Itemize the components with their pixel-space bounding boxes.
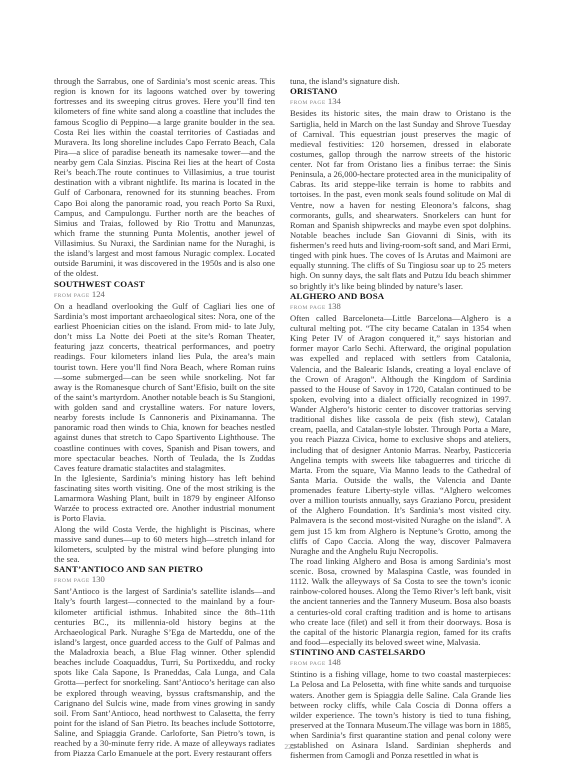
section-southwest-coast: SOUTHWEST COAST FROM PAGE 124 On a headl… bbox=[54, 279, 275, 565]
from-page-number: 124 bbox=[92, 289, 105, 299]
section-alghero-bosa: ALGHERO AND BOSA FROM PAGE 138 Often cal… bbox=[290, 291, 511, 647]
section-title: SANT’ANTIOCO AND SAN PIETRO bbox=[54, 564, 275, 574]
from-page-label: FROM PAGE bbox=[290, 661, 326, 667]
from-page-reference: FROM PAGE 124 bbox=[54, 289, 275, 301]
body-paragraph: Along the wild Costa Verde, the highligh… bbox=[54, 524, 275, 565]
body-paragraph: On a headland overlooking the Gulf of Ca… bbox=[54, 301, 275, 473]
continued-paragraph: tuna, the island’s signature dish. bbox=[290, 76, 511, 86]
from-page-reference: FROM PAGE 134 bbox=[290, 96, 511, 108]
from-page-reference: FROM PAGE 130 bbox=[54, 574, 275, 586]
body-paragraph: Sant’Antioco is the largest of Sardinia’… bbox=[54, 586, 275, 758]
body-paragraph: Stintino is a fishing village, home to t… bbox=[290, 669, 511, 760]
section-title: ALGHERO AND BOSA bbox=[290, 291, 511, 301]
section-stintino-castelsardo: STINTINO AND CASTELSARDO FROM PAGE 148 S… bbox=[290, 647, 511, 760]
continued-paragraph: through the Sarrabus, one of Sardinia’s … bbox=[54, 76, 275, 279]
body-paragraph: The road linking Alghero and Bosa is amo… bbox=[290, 556, 511, 647]
from-page-label: FROM PAGE bbox=[290, 100, 326, 106]
body-paragraph: Often called Barceloneta—Little Barcelon… bbox=[290, 313, 511, 556]
body-paragraph: In the Iglesiente, Sardinia’s mining his… bbox=[54, 473, 275, 524]
from-page-number: 148 bbox=[328, 657, 341, 667]
from-page-reference: FROM PAGE 148 bbox=[290, 657, 511, 669]
page-number: 222 bbox=[270, 742, 310, 751]
section-santantioco-san-pietro: SANT’ANTIOCO AND SAN PIETRO FROM PAGE 13… bbox=[54, 564, 275, 758]
from-page-number: 134 bbox=[328, 96, 341, 106]
from-page-number: 130 bbox=[92, 574, 105, 584]
section-title: SOUTHWEST COAST bbox=[54, 279, 275, 289]
from-page-label: FROM PAGE bbox=[290, 305, 326, 311]
document-page: through the Sarrabus, one of Sardinia’s … bbox=[0, 0, 580, 781]
body-paragraph: Besides its historic sites, the main dra… bbox=[290, 108, 511, 290]
section-title: ORISTANO bbox=[290, 86, 511, 96]
left-column: through the Sarrabus, one of Sardinia’s … bbox=[54, 76, 275, 758]
section-oristano: ORISTANO FROM PAGE 134 Besides its histo… bbox=[290, 86, 511, 291]
from-page-number: 138 bbox=[328, 301, 341, 311]
from-page-reference: FROM PAGE 138 bbox=[290, 301, 511, 313]
from-page-label: FROM PAGE bbox=[54, 293, 90, 299]
right-column: tuna, the island’s signature dish. ORIST… bbox=[290, 76, 511, 760]
from-page-label: FROM PAGE bbox=[54, 578, 90, 584]
section-title: STINTINO AND CASTELSARDO bbox=[290, 647, 511, 657]
